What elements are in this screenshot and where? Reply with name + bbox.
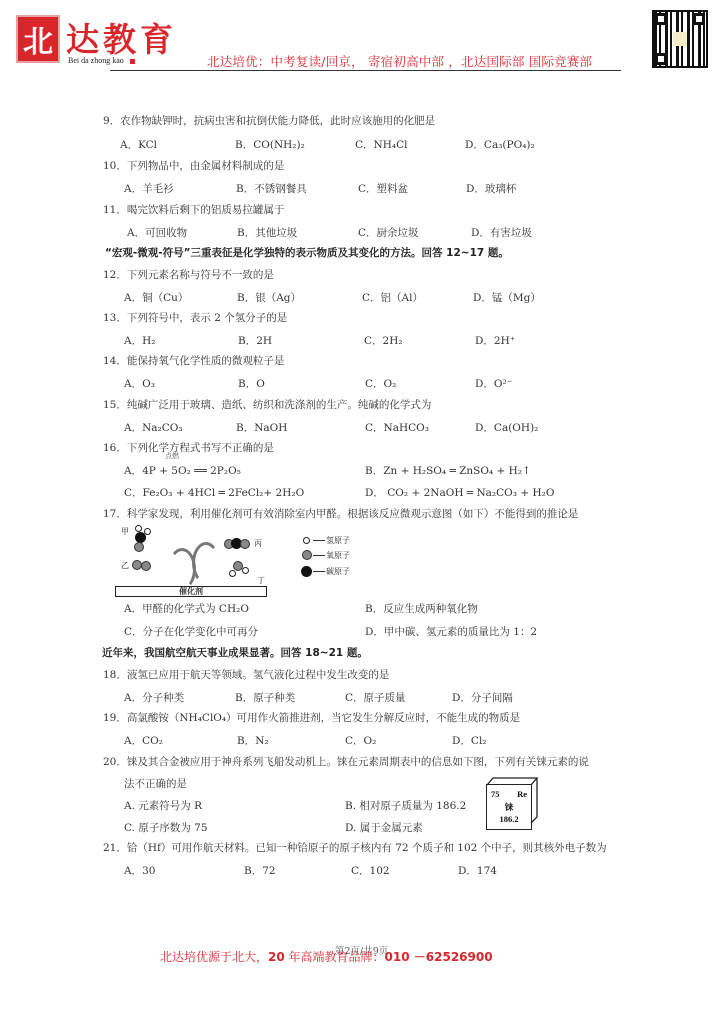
option-d: D．有害垃圾 bbox=[471, 225, 532, 240]
legend-line bbox=[313, 555, 325, 556]
atomic-number: 75 bbox=[491, 789, 500, 799]
page-number: 第2页/共9页 bbox=[335, 943, 388, 957]
option-a: A. 元素符号为 R bbox=[124, 798, 202, 813]
legend-hydrogen: 氢原子 bbox=[326, 535, 350, 546]
option-d: D．玻璃杯 bbox=[466, 181, 516, 196]
footer-ad: 北达培优源于北大，20 年高端教育品牌：010 －62526900 bbox=[160, 948, 493, 965]
question-stem: 14．能保持氧气化学性质的微观粒子是 bbox=[103, 353, 284, 368]
logo-text: 达教育 bbox=[66, 14, 177, 61]
label-ding: 丁 bbox=[257, 575, 265, 586]
question-stem: 15．纯碱广泛用于玻璃、造纸、纺织和洗涤剂的生产。纯碱的化学式为 bbox=[103, 397, 431, 412]
legend-line bbox=[313, 571, 325, 572]
header-divider bbox=[110, 70, 621, 71]
option-b: B．其他垃圾 bbox=[237, 225, 297, 240]
option-a: A．分子种类 bbox=[124, 690, 184, 705]
question-stem: 17．科学家发现，利用催化剂可有效消除室内甲醛。根据该反应微观示意图（如下）不能… bbox=[103, 506, 578, 521]
label-bing: 丙 bbox=[254, 538, 262, 549]
qr-logo bbox=[673, 32, 687, 46]
qr-corner bbox=[693, 13, 705, 25]
question-stem: 11．喝完饮料后剩下的铝质易拉罐属于 bbox=[103, 202, 284, 217]
option-c: C．O₂ bbox=[365, 376, 396, 391]
option-d: D．Cl₂ bbox=[452, 733, 487, 748]
option-d: D．锰（Mg） bbox=[473, 290, 541, 305]
option-a: A．30 bbox=[124, 863, 155, 878]
element-card-rhenium: 75 Re 铼 186.2 bbox=[486, 784, 532, 830]
question-stem: 20．铼及其合金被应用于神舟系列飞船发动机上。铼在元素周期表中的信息如下图，下列… bbox=[103, 754, 589, 769]
option-c: C．102 bbox=[351, 863, 390, 878]
question-stem: 18．液氢已应用于航天等领域。氢气液化过程中发生改变的是 bbox=[103, 667, 389, 682]
hydrogen-atom bbox=[135, 525, 142, 532]
option-c: C．原子质量 bbox=[345, 690, 406, 705]
option-b: B．CO(NH₂)₂ bbox=[235, 137, 305, 152]
footer-phone: 010 －62526900 bbox=[385, 950, 493, 964]
legend-oxygen-icon bbox=[302, 550, 312, 560]
reaction-diagram: 甲 乙 丙 丁 催化剂 氢原子 氧原子 碳原子 bbox=[110, 524, 362, 600]
option-a: A．可回收物 bbox=[127, 225, 187, 240]
option-a: A．Na₂CO₃ bbox=[124, 420, 183, 435]
option-c: C．O₂ bbox=[345, 733, 376, 748]
question-stem: 9．农作物缺钾时，抗病虫害和抗倒伏能力降低，此时应该施用的化肥是 bbox=[103, 113, 435, 128]
element-name: 铼 bbox=[487, 801, 531, 813]
label-jia: 甲 bbox=[121, 526, 129, 537]
question-stem: 21．铪（Hf）可用作航天材料。已知一种铪原子的原子核内有 72 个质子和 10… bbox=[103, 840, 607, 855]
question-stem: 12．下列元素名称与符号不一致的是 bbox=[103, 267, 274, 282]
option-b: B．原子种类 bbox=[235, 690, 295, 705]
question-stem-continued: 法不正确的是 bbox=[124, 776, 187, 791]
option-c: C．铝（Al） bbox=[362, 290, 423, 305]
legend-oxygen: 氧原子 bbox=[326, 550, 350, 561]
option-d: D．Ca(OH)₂ bbox=[475, 420, 538, 435]
footer-text: 北达培优源于北大， bbox=[160, 950, 268, 964]
option-c: C. 原子序数为 75 bbox=[124, 820, 208, 835]
arrow-up-icon bbox=[192, 542, 220, 584]
oxygen-atom bbox=[141, 561, 151, 571]
label-yi: 乙 bbox=[121, 560, 129, 571]
footer-years: 20 bbox=[268, 950, 285, 964]
oxygen-atom bbox=[240, 539, 250, 549]
logo-subtitle: Bei da zhong kao bbox=[68, 56, 135, 65]
option-c: C．Fe₂O₃ + 4HCl ═ 2FeCl₂+ 2H₂O bbox=[124, 485, 304, 500]
option-c: C．分子在化学变化中可再分 bbox=[124, 624, 258, 639]
hydrogen-atom bbox=[144, 528, 151, 535]
option-a: A．铜（Cu） bbox=[124, 290, 188, 305]
option-b: B．O bbox=[238, 376, 265, 391]
question-stem: 19．高氯酸铵（NH₄ClO₄）可用作火箭推进剂，当它发生分解反应时，不能生成的… bbox=[103, 710, 520, 725]
legend-line bbox=[313, 540, 325, 541]
question-stem: 13．下列符号中，表示 2 个氢分子的是 bbox=[103, 310, 287, 325]
atomic-mass: 186.2 bbox=[487, 814, 531, 824]
section-intro: 近年来，我国航空航天事业成果显著。回答 18~21 题。 bbox=[102, 645, 368, 660]
option-a: A．CO₂ bbox=[124, 733, 163, 748]
legend-hydrogen-icon bbox=[303, 537, 310, 544]
element-symbol: Re bbox=[517, 789, 527, 799]
option-a: A．4P + 5O₂ ══ 2P₂O₅ bbox=[124, 463, 241, 478]
option-b: B. 相对原子质量为 186.2 bbox=[345, 798, 466, 813]
option-b: B．银（Ag） bbox=[237, 290, 301, 305]
hydrogen-atom bbox=[229, 570, 236, 577]
logo-mark: 北 bbox=[16, 15, 60, 63]
question-stem: 10．下列物品中，由金属材料制成的是 bbox=[103, 158, 284, 173]
qr-code-icon bbox=[652, 10, 708, 68]
header-slogan: 北达培优：中考复读/回京， 寄宿初高中部 ，北达国际部 国际竞赛部 bbox=[207, 52, 592, 70]
option-c: C．NH₄Cl bbox=[355, 137, 407, 152]
option-b: B．72 bbox=[244, 863, 276, 878]
option-a: A．甲醛的化学式为 CH₂O bbox=[124, 601, 249, 616]
option-b: B．不锈钢餐具 bbox=[236, 181, 307, 196]
question-stem: 16．下列化学方程式书写不正确的是 bbox=[103, 440, 274, 455]
legend-carbon: 碳原子 bbox=[326, 566, 350, 577]
catalyst-surface: 催化剂 bbox=[115, 586, 267, 597]
box-3d-edge bbox=[486, 777, 538, 785]
option-b: B．Zn + H₂SO₄ ═ ZnSO₄ + H₂↑ bbox=[365, 463, 531, 478]
option-c: C．2H₂ bbox=[364, 333, 403, 348]
option-a: A．羊毛衫 bbox=[124, 181, 174, 196]
option-d: D．Ca₃(PO₄)₂ bbox=[465, 137, 535, 152]
qr-corner bbox=[655, 53, 667, 65]
option-b: B．N₂ bbox=[237, 733, 269, 748]
option-a: A．O₃ bbox=[124, 376, 155, 391]
option-b: B．反应生成两种氧化物 bbox=[365, 601, 478, 616]
option-d: D． CO₂ + 2NaOH ═ Na₂CO₃ + H₂O bbox=[365, 485, 554, 500]
hydrogen-atom bbox=[242, 567, 249, 574]
section-intro: “宏观-微观-符号”三重表征是化学独特的表示物质及其变化的方法。回答 12~17… bbox=[105, 245, 509, 260]
option-d: D．2H⁺ bbox=[475, 333, 515, 348]
reaction-condition: 点燃 bbox=[165, 451, 179, 461]
option-c: C．厨余垃圾 bbox=[358, 225, 419, 240]
option-a: A．KCl bbox=[120, 137, 157, 152]
oxygen-atom bbox=[134, 542, 144, 552]
option-d: D．分子间隔 bbox=[452, 690, 513, 705]
logo-subtitle-text: Bei da zhong kao bbox=[68, 56, 124, 65]
option-c: C．NaHCO₃ bbox=[365, 420, 429, 435]
legend-carbon-icon bbox=[301, 566, 312, 577]
option-a: A．H₂ bbox=[124, 333, 155, 348]
option-b: B．NaOH bbox=[236, 420, 287, 435]
option-c: C．塑料盆 bbox=[358, 181, 408, 196]
option-b: B．2H bbox=[238, 333, 272, 348]
qr-corner bbox=[655, 13, 667, 25]
option-d: D. 属于金属元素 bbox=[345, 820, 423, 835]
red-square-icon bbox=[130, 59, 135, 64]
option-d: D．甲中碳、氢元素的质量比为 1：2 bbox=[365, 624, 537, 639]
option-d: D．174 bbox=[458, 863, 497, 878]
option-d: D．O²⁻ bbox=[475, 376, 512, 391]
